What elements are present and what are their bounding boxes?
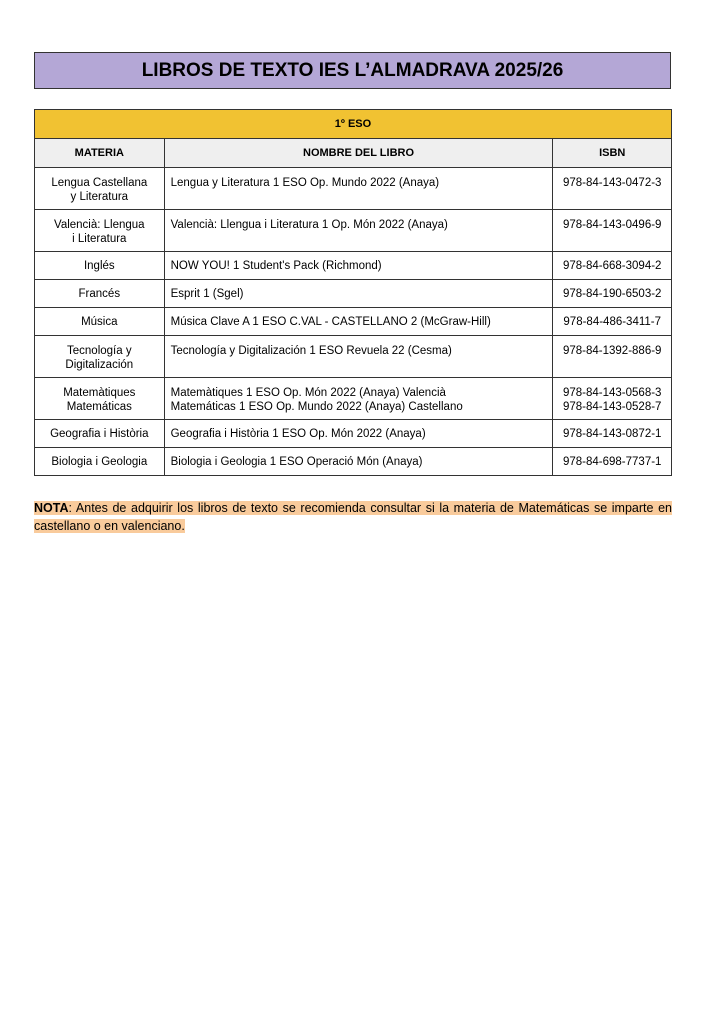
materia-cell-line: y Literatura bbox=[39, 190, 160, 204]
materia-cell-line: Valencià: Llengua bbox=[39, 218, 160, 232]
note-paragraph: NOTA: Antes de adquirir los libros de te… bbox=[34, 499, 672, 535]
isbn-cell-line: 978-84-143-0568-3 bbox=[557, 386, 667, 400]
materia-cell: Valencià: Llenguai Literatura bbox=[35, 210, 165, 252]
isbn-cell-line: 978-84-698-7737-1 bbox=[557, 455, 667, 469]
textbooks-table: 1º ESO MATERIA NOMBRE DEL LIBRO ISBN Len… bbox=[34, 109, 672, 476]
libro-cell-line: Valencià: Llengua i Literatura 1 Op. Món… bbox=[171, 218, 547, 232]
materia-cell-line: Francés bbox=[39, 287, 160, 301]
isbn-cell-line: 978-84-143-0472-3 bbox=[557, 176, 667, 190]
materia-cell-line: Digitalización bbox=[39, 358, 160, 372]
isbn-cell-line: 978-84-143-0528-7 bbox=[557, 400, 667, 414]
libro-cell-line: Esprit 1 (Sgel) bbox=[171, 287, 547, 301]
libro-cell-line: Matemáticas 1 ESO Op. Mundo 2022 (Anaya)… bbox=[171, 400, 547, 414]
column-header-isbn: ISBN bbox=[553, 139, 672, 168]
libro-cell-line: Biologia i Geologia 1 ESO Operació Món (… bbox=[171, 455, 547, 469]
libro-cell: Valencià: Llengua i Literatura 1 Op. Món… bbox=[164, 210, 553, 252]
isbn-cell: 978-84-143-0472-3 bbox=[553, 168, 672, 210]
note-label: NOTA bbox=[34, 501, 69, 515]
table-body: Lengua Castellanay LiteraturaLengua y Li… bbox=[35, 168, 672, 476]
table-row: Geografia i HistòriaGeografia i Història… bbox=[35, 420, 672, 448]
materia-cell-line: Matemàtiques bbox=[39, 386, 160, 400]
table-row: Tecnología yDigitalizaciónTecnología y D… bbox=[35, 336, 672, 378]
materia-cell-line: Matemáticas bbox=[39, 400, 160, 414]
isbn-cell: 978-84-668-3094-2 bbox=[553, 252, 672, 280]
isbn-cell: 978-84-698-7737-1 bbox=[553, 448, 672, 476]
isbn-cell: 978-84-486-3411-7 bbox=[553, 308, 672, 336]
libro-cell: Música Clave A 1 ESO C.VAL - CASTELLANO … bbox=[164, 308, 553, 336]
isbn-cell-line: 978-84-486-3411-7 bbox=[557, 315, 667, 329]
materia-cell-line: Tecnología y bbox=[39, 344, 160, 358]
document-title: LIBROS DE TEXTO IES L’ALMADRAVA 2025/26 bbox=[34, 52, 671, 89]
libro-cell: Matemàtiques 1 ESO Op. Món 2022 (Anaya) … bbox=[164, 378, 553, 420]
isbn-cell: 978-84-143-0568-3978-84-143-0528-7 bbox=[553, 378, 672, 420]
materia-cell-line: Lengua Castellana bbox=[39, 176, 160, 190]
materia-cell: Biologia i Geologia bbox=[35, 448, 165, 476]
materia-cell: MatemàtiquesMatemáticas bbox=[35, 378, 165, 420]
libro-cell-line: Geografia i Història 1 ESO Op. Món 2022 … bbox=[171, 427, 547, 441]
isbn-cell: 978-84-143-0496-9 bbox=[553, 210, 672, 252]
materia-cell-line: Geografia i Història bbox=[39, 427, 160, 441]
isbn-cell: 978-84-1392-886-9 bbox=[553, 336, 672, 378]
libro-cell-line: Lengua y Literatura 1 ESO Op. Mundo 2022… bbox=[171, 176, 547, 190]
table-row: Biologia i GeologiaBiologia i Geologia 1… bbox=[35, 448, 672, 476]
note-highlight: NOTA: Antes de adquirir los libros de te… bbox=[34, 501, 672, 533]
isbn-cell: 978-84-190-6503-2 bbox=[553, 280, 672, 308]
libro-cell: Lengua y Literatura 1 ESO Op. Mundo 2022… bbox=[164, 168, 553, 210]
materia-cell: Geografia i Història bbox=[35, 420, 165, 448]
column-header-row: MATERIA NOMBRE DEL LIBRO ISBN bbox=[35, 139, 672, 168]
isbn-cell-line: 978-84-1392-886-9 bbox=[557, 344, 667, 358]
grade-header-row: 1º ESO bbox=[35, 110, 672, 139]
isbn-cell-line: 978-84-190-6503-2 bbox=[557, 287, 667, 301]
table-row: InglésNOW YOU! 1 Student's Pack (Richmon… bbox=[35, 252, 672, 280]
libro-cell: NOW YOU! 1 Student's Pack (Richmond) bbox=[164, 252, 553, 280]
libro-cell: Geografia i Història 1 ESO Op. Món 2022 … bbox=[164, 420, 553, 448]
table-row: Lengua Castellanay LiteraturaLengua y Li… bbox=[35, 168, 672, 210]
isbn-cell-line: 978-84-143-0496-9 bbox=[557, 218, 667, 232]
column-header-libro: NOMBRE DEL LIBRO bbox=[164, 139, 553, 168]
materia-cell-line: Inglés bbox=[39, 259, 160, 273]
materia-cell: Inglés bbox=[35, 252, 165, 280]
isbn-cell-line: 978-84-143-0872-1 bbox=[557, 427, 667, 441]
column-header-materia: MATERIA bbox=[35, 139, 165, 168]
materia-cell: Lengua Castellanay Literatura bbox=[35, 168, 165, 210]
grade-label: 1º ESO bbox=[35, 110, 672, 139]
libro-cell: Biologia i Geologia 1 ESO Operació Món (… bbox=[164, 448, 553, 476]
note-text: : Antes de adquirir los libros de texto … bbox=[34, 501, 672, 533]
materia-cell: Tecnología yDigitalización bbox=[35, 336, 165, 378]
libro-cell-line: Música Clave A 1 ESO C.VAL - CASTELLANO … bbox=[171, 315, 547, 329]
table-row: FrancésEsprit 1 (Sgel)978-84-190-6503-2 bbox=[35, 280, 672, 308]
materia-cell: Música bbox=[35, 308, 165, 336]
isbn-cell: 978-84-143-0872-1 bbox=[553, 420, 672, 448]
table-row: MúsicaMúsica Clave A 1 ESO C.VAL - CASTE… bbox=[35, 308, 672, 336]
libro-cell: Esprit 1 (Sgel) bbox=[164, 280, 553, 308]
materia-cell: Francés bbox=[35, 280, 165, 308]
table-row: Valencià: Llenguai LiteraturaValencià: L… bbox=[35, 210, 672, 252]
isbn-cell-line: 978-84-668-3094-2 bbox=[557, 259, 667, 273]
materia-cell-line: Biologia i Geologia bbox=[39, 455, 160, 469]
libro-cell: Tecnología y Digitalización 1 ESO Revuel… bbox=[164, 336, 553, 378]
table-row: MatemàtiquesMatemáticasMatemàtiques 1 ES… bbox=[35, 378, 672, 420]
libro-cell-line: NOW YOU! 1 Student's Pack (Richmond) bbox=[171, 259, 547, 273]
libro-cell-line: Matemàtiques 1 ESO Op. Món 2022 (Anaya) … bbox=[171, 386, 547, 400]
materia-cell-line: Música bbox=[39, 315, 160, 329]
libro-cell-line: Tecnología y Digitalización 1 ESO Revuel… bbox=[171, 344, 547, 358]
materia-cell-line: i Literatura bbox=[39, 232, 160, 246]
